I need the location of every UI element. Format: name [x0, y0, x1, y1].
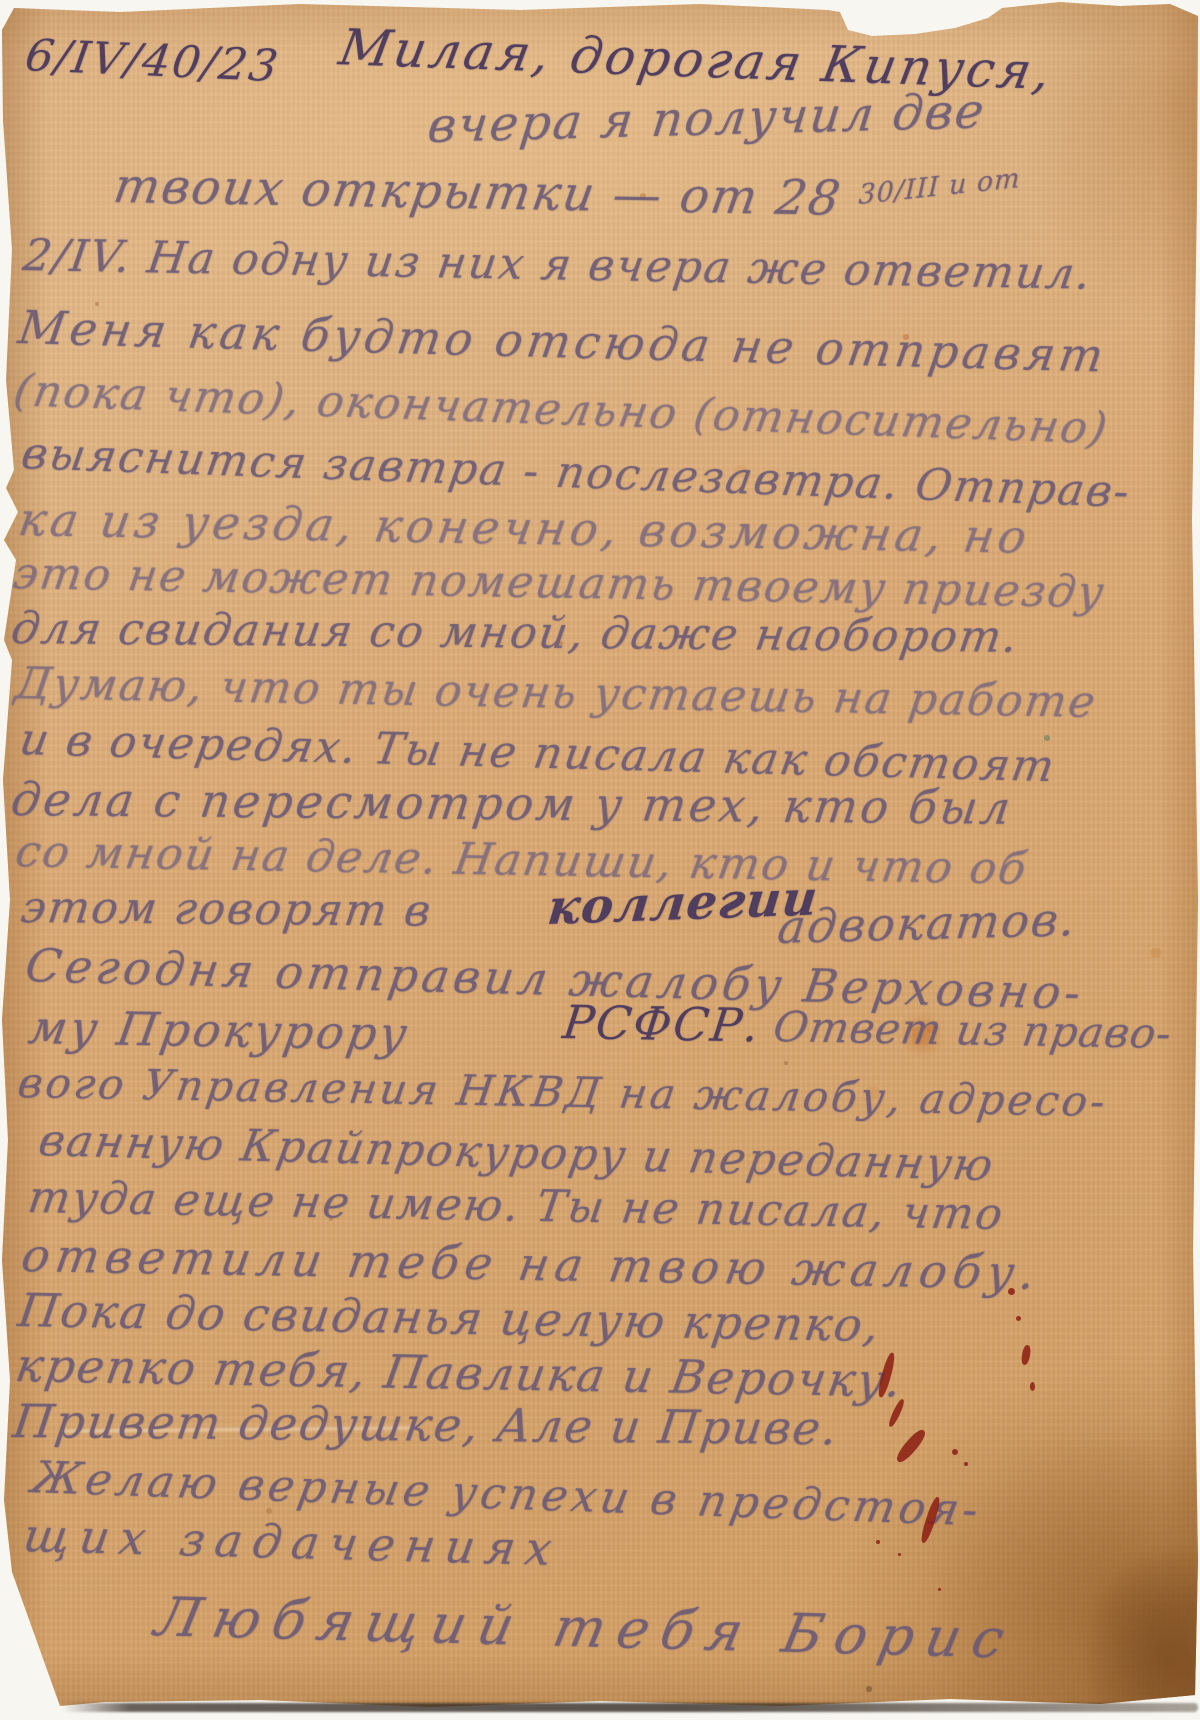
red-ink-dot	[876, 1540, 880, 1544]
letter-line: Привет дедушке, Але и Приве.	[10, 1394, 842, 1455]
superscript-note: 30/III и от	[858, 163, 1021, 211]
letter-line: Ответ из право-	[770, 1002, 1176, 1058]
letter-line: этом говорят в	[18, 882, 435, 937]
red-ink-dot	[1016, 1316, 1021, 1321]
paper-freckles	[0, 0, 2, 2]
letter-line: 2/IV. На одну из них я вчера же ответил.	[20, 230, 1096, 300]
letter-line: вого Управления НКВД на жалобу, адресо-	[15, 1058, 1111, 1126]
red-ink-dot	[898, 1553, 901, 1556]
letter-line: адвокатов.	[775, 892, 1080, 954]
page-bottom-shadow	[62, 1703, 1198, 1712]
red-ink-stain	[1020, 1344, 1031, 1365]
red-ink-dot	[938, 1588, 941, 1591]
water-stain-bottom-right	[940, 1440, 1200, 1720]
red-ink-dot	[1030, 1382, 1035, 1391]
red-ink-dot	[1008, 1288, 1015, 1295]
letter-line: дела с пересмотром у тех, кто был	[8, 772, 1016, 835]
red-ink-stain	[894, 1427, 929, 1465]
red-ink-dot	[964, 1462, 968, 1466]
water-stain-corner	[1085, 1555, 1200, 1720]
signature: Любящий тебя Борис	[150, 1585, 1021, 1670]
letter-date: 6/IV/40/23	[22, 30, 283, 92]
red-ink-dot	[952, 1449, 958, 1455]
letter-line: вчера я получил две	[425, 83, 989, 154]
letter-line: твоих открытки — от 28	[110, 158, 846, 227]
paper-sheet: 6/IV/40/23 Милая, дорогая Кипуся, вчера …	[0, 0, 1200, 1720]
letter-line: му Прокурору	[25, 1000, 414, 1060]
letter-line: для свидания со мной, даже наоборот.	[8, 603, 1023, 663]
scanned-letter-page: 6/IV/40/23 Милая, дорогая Кипуся, вчера …	[0, 0, 1200, 1720]
letter-line-rsfsr: РСФСР.	[560, 995, 764, 1052]
